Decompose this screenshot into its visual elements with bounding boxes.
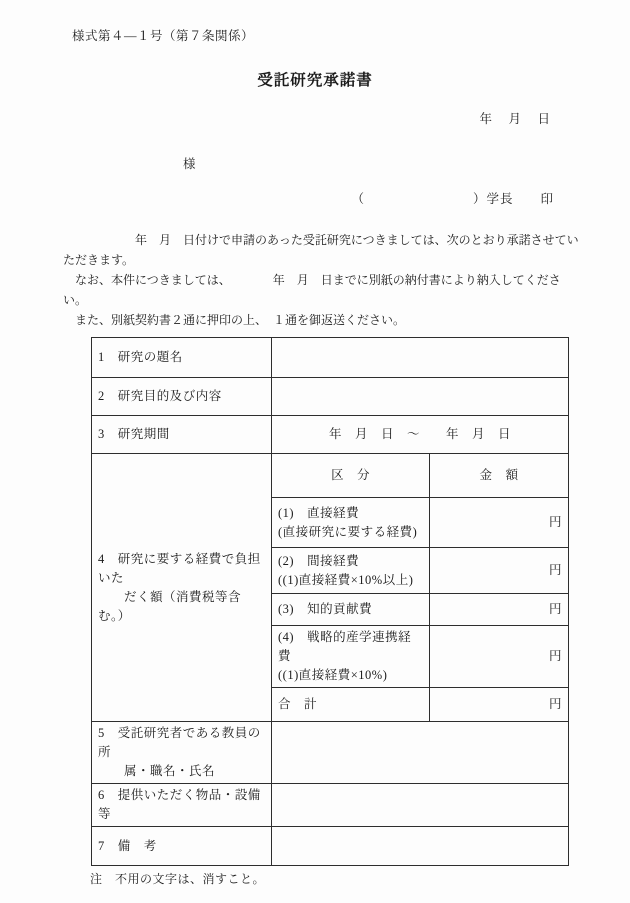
item3-label-cell: 3 研究期間 bbox=[92, 416, 272, 454]
addressee-honorific: 様 bbox=[183, 156, 630, 173]
item6-value-cell bbox=[272, 784, 569, 827]
cost-category-cell: (1) 直接経費 (直接研究に要する経費) bbox=[272, 498, 430, 548]
table-row: 7 備 考 bbox=[92, 827, 569, 866]
table-row: 1 研究の題名 bbox=[92, 338, 569, 378]
president-seal-line: （ ）学長 印 bbox=[0, 191, 630, 208]
item1-label-cell: 1 研究の題名 bbox=[92, 338, 272, 378]
body-line: い。 bbox=[63, 290, 630, 310]
item4-label-cell: 4 研究に要する経費で負担いた だく額（消費税等含む。） bbox=[92, 454, 272, 722]
item1-value-cell bbox=[272, 338, 569, 378]
document-page: 様式第４―１号（第７条関係） 受託研究承諾書 年 月 日 様 （ ）学長 印 年… bbox=[0, 0, 630, 903]
issue-date-line: 年 月 日 bbox=[0, 111, 630, 128]
cost-amount-cell: 円 bbox=[430, 498, 569, 548]
body-paragraphs: 年 月 日付けで申請のあった受託研究につきましては、次のとおり承諾させてい ただ… bbox=[63, 230, 630, 330]
body-line: また、別紙契約書２通に押印の上、 １通を御返送ください。 bbox=[63, 310, 630, 330]
cost-amount-header-cell: 金 額 bbox=[430, 454, 569, 498]
research-approval-table: 1 研究の題名 2 研究目的及び内容 3 研究期間 年 月 日 ～ 年 月 日 … bbox=[91, 337, 569, 866]
body-line: なお、本件につきましては、 年 月 日までに別紙の納付書により納入してくださ bbox=[63, 270, 630, 290]
body-line: ただきます。 bbox=[63, 250, 630, 270]
table-row: 5 受託研究者である教員の所 属・職名・氏名 bbox=[92, 722, 569, 784]
cost-total-label-cell: 合 計 bbox=[272, 688, 430, 722]
cost-amount-cell: 円 bbox=[430, 626, 569, 688]
body-line: 年 月 日付けで申請のあった受託研究につきましては、次のとおり承諾させてい bbox=[63, 230, 630, 250]
item7-label-cell: 7 備 考 bbox=[92, 827, 272, 866]
item2-label-cell: 2 研究目的及び内容 bbox=[92, 378, 272, 416]
item2-value-cell bbox=[272, 378, 569, 416]
item5-label-cell: 5 受託研究者である教員の所 属・職名・氏名 bbox=[92, 722, 272, 784]
item6-label-cell: 6 提供いただく物品・設備等 bbox=[92, 784, 272, 827]
cost-category-cell: (4) 戦略的産学連携経費 ((1)直接経費×10%) bbox=[272, 626, 430, 688]
item5-value-cell bbox=[272, 722, 569, 784]
cost-category-cell: (2) 間接経費 ((1)直接経費×10%以上) bbox=[272, 548, 430, 594]
cost-amount-cell: 円 bbox=[430, 548, 569, 594]
document-title: 受託研究承諾書 bbox=[0, 70, 630, 91]
table-row: 4 研究に要する経費で負担いた だく額（消費税等含む。） 区 分 金 額 bbox=[92, 454, 569, 498]
cost-amount-cell: 円 bbox=[430, 594, 569, 626]
table-row: 3 研究期間 年 月 日 ～ 年 月 日 bbox=[92, 416, 569, 454]
table-row: 6 提供いただく物品・設備等 bbox=[92, 784, 569, 827]
cost-category-header-cell: 区 分 bbox=[272, 454, 430, 498]
cost-total-amount-cell: 円 bbox=[430, 688, 569, 722]
form-number: 様式第４―１号（第７条関係） bbox=[72, 28, 630, 45]
cost-category-cell: (3) 知的貢献費 bbox=[272, 594, 430, 626]
table-row: 2 研究目的及び内容 bbox=[92, 378, 569, 416]
footer-note: 注 不用の文字は、消すこと。 bbox=[90, 870, 630, 888]
item3-period-cell: 年 月 日 ～ 年 月 日 bbox=[272, 416, 569, 454]
item7-value-cell bbox=[272, 827, 569, 866]
